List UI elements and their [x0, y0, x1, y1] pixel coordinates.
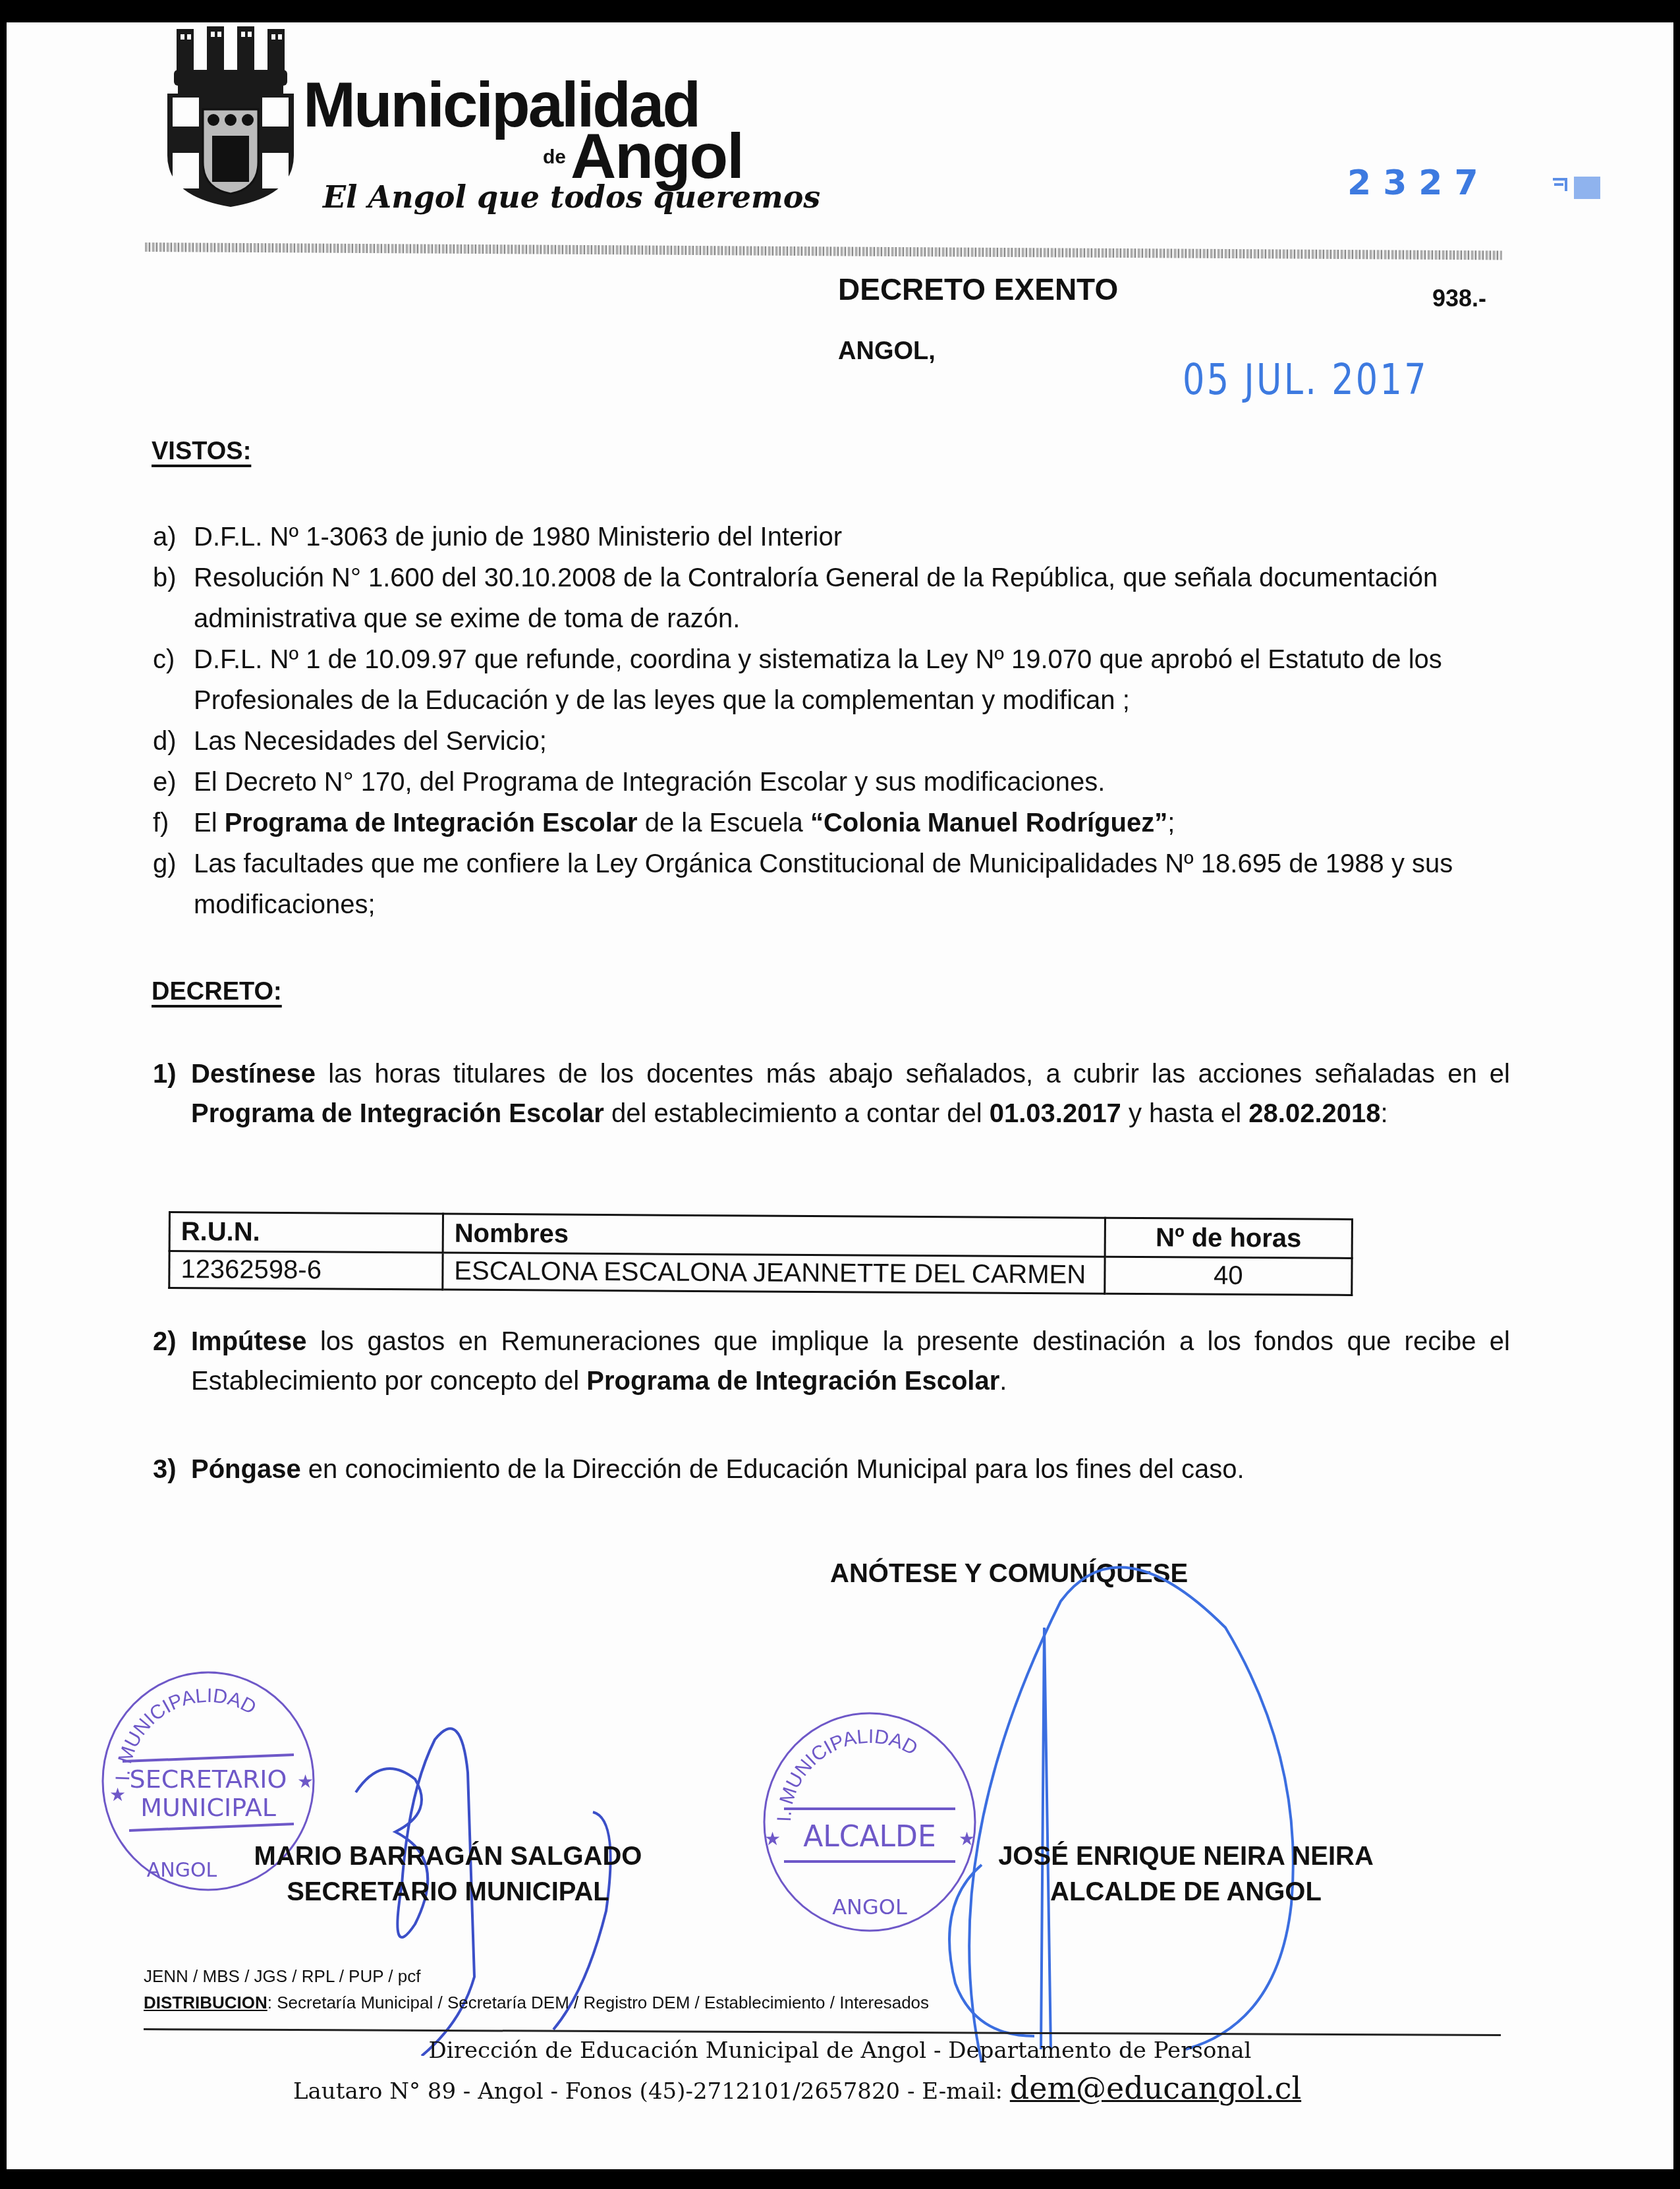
scanned-document-page: Municipalidad de Angol El Angol que todo…: [0, 0, 1680, 2189]
vistos-item: b)Resolución N° 1.600 del 30.10.2008 de …: [153, 557, 1517, 639]
column-header-run: R.U.N.: [169, 1212, 443, 1253]
bold-text: 28.02.2018: [1248, 1099, 1380, 1128]
vistos-heading: VISTOS:: [152, 438, 251, 466]
text-run: Las facultades que me confiere la Ley Or…: [194, 849, 1453, 919]
vistos-item: f)El Programa de Integración Escolar de …: [153, 803, 1517, 843]
distribution-label: DISTRIBUCION: [144, 1993, 267, 2012]
vistos-list: a)D.F.L. Nº 1-3063 de junio de 1980 Mini…: [153, 517, 1517, 925]
text-run: .: [999, 1367, 1007, 1396]
item-marker: g): [153, 843, 194, 925]
svg-text:★: ★: [297, 1771, 314, 1792]
svg-text:★: ★: [109, 1784, 126, 1805]
item-text: El Decreto N° 170, del Programa de Integ…: [194, 762, 1517, 803]
brand-motto: El Angol que todos queremos: [323, 179, 820, 215]
footer-office: Dirección de Educación Municipal de Ango…: [0, 2037, 1680, 2064]
text-run: y hasta el: [1121, 1099, 1248, 1128]
seal-bottom-text: ANGOL: [832, 1894, 907, 1919]
article-text: Póngase en conocimiento de la Dirección …: [191, 1450, 1510, 1489]
table-row: 12362598-6 ESCALONA ESCALONA JEANNETTE D…: [169, 1251, 1352, 1295]
svg-text:★: ★: [764, 1829, 781, 1849]
text-run: en conocimiento de la Dirección de Educa…: [301, 1455, 1245, 1484]
bold-text: Programa de Integración Escolar: [191, 1099, 604, 1128]
mayor-handwritten-signature: [909, 1562, 1357, 2062]
text-run: D.F.L. Nº 1-3063 de junio de 1980 Minist…: [194, 523, 842, 552]
text-run: El Decreto N° 170, del Programa de Integ…: [194, 768, 1105, 797]
vistos-item: a)D.F.L. Nº 1-3063 de junio de 1980 Mini…: [153, 517, 1517, 557]
registry-number-stamp: 2327: [1347, 163, 1490, 203]
vistos-item: c)D.F.L. Nº 1 de 10.09.97 que refunde, c…: [153, 639, 1517, 721]
item-marker: d): [153, 721, 194, 762]
cell-run: 12362598-6: [169, 1251, 443, 1290]
brand-de: de: [543, 146, 566, 169]
text-run: de la Escuela: [638, 809, 810, 838]
distribution-list: Secretaría Municipal / Secretaría DEM / …: [277, 1993, 929, 2012]
vistos-item: d)Las Necesidades del Servicio;: [153, 721, 1517, 762]
item-marker: f): [153, 803, 194, 843]
text-run: Las Necesidades del Servicio;: [194, 727, 547, 756]
bold-text: Programa de Integración Escolar: [586, 1367, 999, 1396]
item-marker: c): [153, 639, 194, 721]
staff-hours-table: R.U.N. Nombres Nº de horas 12362598-6 ES…: [168, 1211, 1353, 1296]
text-run: :: [1381, 1099, 1388, 1128]
bold-text: “Colonia Manuel Rodríguez”: [810, 809, 1167, 838]
text-run: Resolución N° 1.600 del 30.10.2008 de la…: [194, 563, 1438, 633]
cell-hours: 40: [1105, 1257, 1352, 1295]
item-text: Resolución N° 1.600 del 30.10.2008 de la…: [194, 557, 1517, 639]
mayor-role: ALCALDE DE ANGOL: [982, 1874, 1390, 1910]
article-marker: 1): [153, 1054, 177, 1094]
item-text: El Programa de Integración Escolar de la…: [194, 803, 1517, 843]
article-marker: 3): [153, 1450, 177, 1489]
bold-text: Póngase: [191, 1455, 301, 1484]
item-marker: b): [153, 557, 194, 639]
item-text: D.F.L. Nº 1-3063 de junio de 1980 Minist…: [194, 517, 1517, 557]
vistos-item: e)El Decreto N° 170, del Programa de Int…: [153, 762, 1517, 803]
article-1: 1)Destínese las horas titulares de los d…: [153, 1054, 1510, 1133]
seal-bottom-text: ANGOL: [147, 1859, 217, 1882]
vistos-item: g)Las facultades que me confiere la Ley …: [153, 843, 1517, 925]
article-text: Destínese las horas titulares de los doc…: [191, 1054, 1510, 1133]
mayor-signature-block: JOSÉ ENRIQUE NEIRA NEIRA ALCALDE DE ANGO…: [982, 1838, 1390, 1910]
decree-place: ANGOL,: [838, 337, 936, 366]
article-marker: 2): [153, 1322, 177, 1361]
table-header-row: R.U.N. Nombres Nº de horas: [169, 1212, 1352, 1259]
column-header-names: Nombres: [443, 1214, 1105, 1257]
decreto-heading: DECRETO:: [152, 978, 282, 1006]
distribution-line: DISTRIBUCION: Secretaría Municipal / Sec…: [144, 1993, 929, 2013]
column-header-hours: Nº de horas: [1105, 1218, 1352, 1258]
article-2: 2)Impútese los gastos en Remuneraciones …: [153, 1322, 1510, 1401]
decree-number: 938.-: [1432, 285, 1486, 312]
seal-center-line1: SECRETARIO: [130, 1765, 287, 1794]
text-run: las horas titulares de los docentes más …: [316, 1060, 1510, 1089]
municipal-coat-of-arms-icon: [165, 24, 296, 208]
bold-text: Programa de Integración Escolar: [225, 809, 638, 838]
footer-email-link[interactable]: dem@educangol.cl: [1010, 2070, 1301, 2106]
text-run: El: [194, 809, 225, 838]
author-initials: JENN / MBS / JGS / RPL / PUP / pcf: [144, 1966, 420, 1987]
cell-name: ESCALONA ESCALONA JEANNETTE DEL CARMEN: [443, 1253, 1105, 1293]
seal-center-line2: MUNICIPAL: [140, 1793, 276, 1822]
item-text: Las facultades que me confiere la Ley Or…: [194, 843, 1517, 925]
text-run: ;: [1167, 809, 1175, 838]
secretary-signature-block: MARIO BARRAGÁN SALGADO SECRETARIO MUNICI…: [244, 1838, 652, 1910]
item-text: Las Necesidades del Servicio;: [194, 721, 1517, 762]
bold-text: Impútese: [191, 1327, 307, 1356]
bold-text: Destínese: [191, 1060, 316, 1089]
item-text: D.F.L. Nº 1 de 10.09.97 que refunde, coo…: [194, 639, 1517, 721]
article-3: 3)Póngase en conocimiento de la Direcció…: [153, 1450, 1510, 1489]
footer-contact: Lautaro N° 89 - Angol - Fonos (45)-27121…: [293, 2070, 1301, 2106]
decree-type: DECRETO EXENTO: [838, 271, 1118, 307]
text-run: del establecimiento a contar del: [604, 1099, 990, 1128]
secretary-role: SECRETARIO MUNICIPAL: [244, 1874, 652, 1910]
footer-address: Lautaro N° 89 - Angol - Fonos (45)-27121…: [293, 2078, 1010, 2105]
date-stamp: 05 JUL. 2017: [1183, 356, 1428, 405]
item-marker: a): [153, 517, 194, 557]
secretary-name: MARIO BARRAGÁN SALGADO: [244, 1838, 652, 1874]
mayor-name: JOSÉ ENRIQUE NEIRA NEIRA: [982, 1838, 1390, 1874]
bold-text: 01.03.2017: [990, 1099, 1121, 1128]
stamp-mark-icon: [1552, 173, 1604, 199]
article-text: Impútese los gastos en Remuneraciones qu…: [191, 1322, 1510, 1401]
item-marker: e): [153, 762, 194, 803]
text-run: D.F.L. Nº 1 de 10.09.97 que refunde, coo…: [194, 645, 1442, 715]
distribution-colon: :: [267, 1993, 277, 2012]
